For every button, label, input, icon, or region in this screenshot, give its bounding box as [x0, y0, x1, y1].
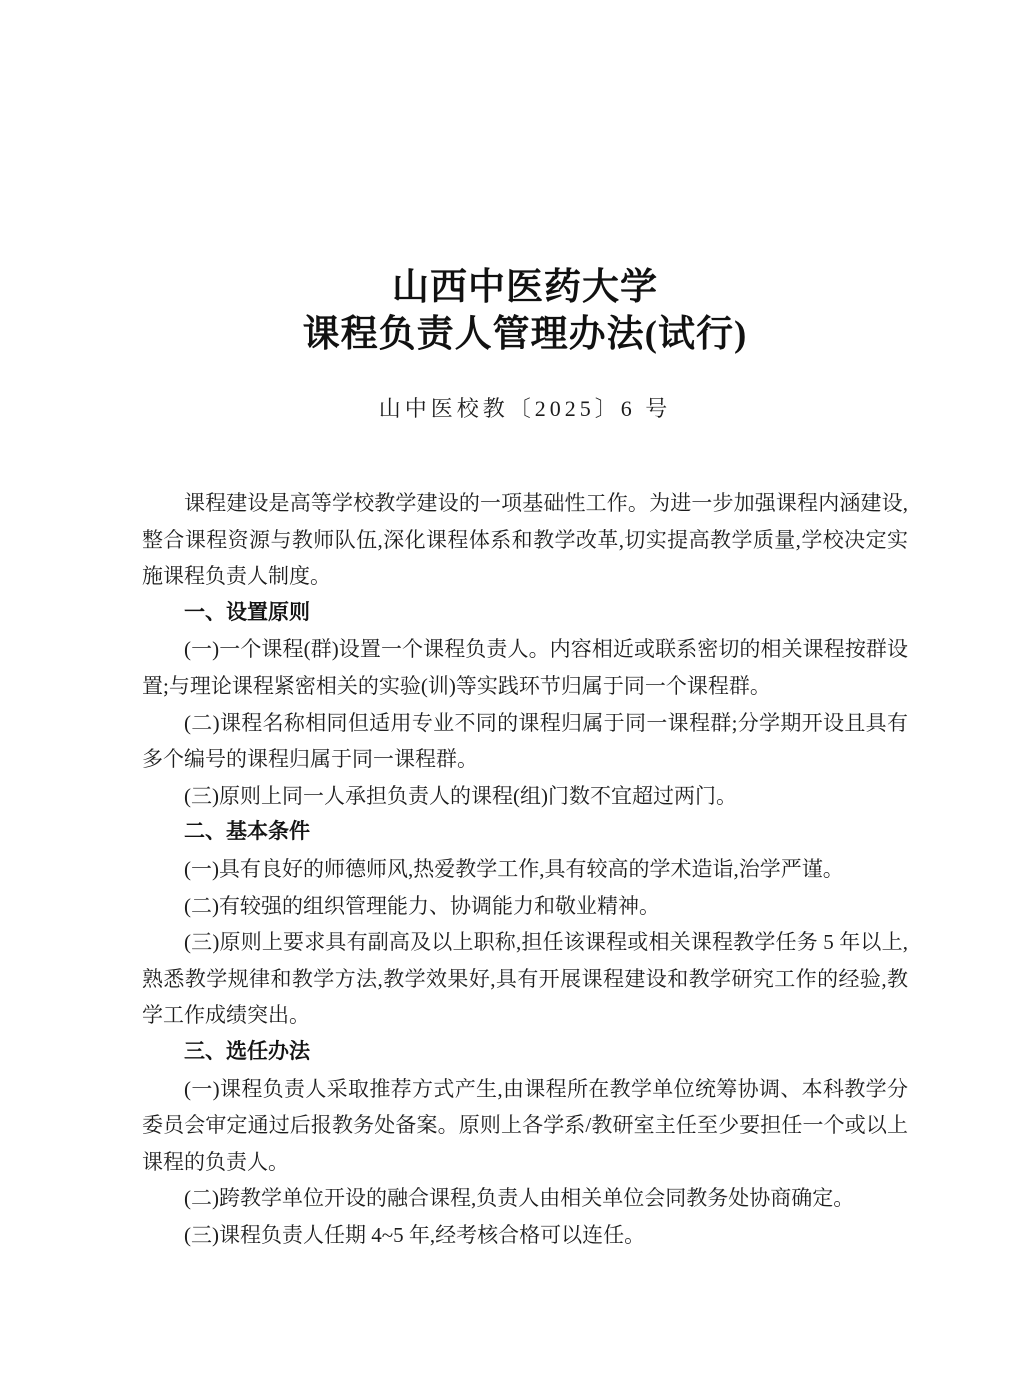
- paragraph: (二)课程名称相同但适用专业不同的课程归属于同一课程群;分学期开设且具有多个编号…: [142, 705, 908, 778]
- section-heading: 三、选任办法: [142, 1034, 908, 1071]
- document-number: 山中医校教〔2025〕6 号: [142, 392, 908, 423]
- document-title: 山西中医药大学 课程负责人管理办法(试行): [142, 264, 908, 358]
- paragraph: 课程建设是高等学校教学建设的一项基础性工作。为进一步加强课程内涵建设,整合课程资…: [142, 485, 908, 595]
- document-body: 课程建设是高等学校教学建设的一项基础性工作。为进一步加强课程内涵建设,整合课程资…: [142, 485, 908, 1253]
- paragraph: (二)跨教学单位开设的融合课程,负责人由相关单位会同教务处协商确定。: [142, 1180, 908, 1217]
- paragraph: (三)课程负责人任期 4~5 年,经考核合格可以连任。: [142, 1217, 908, 1254]
- paragraph: (一)课程负责人采取推荐方式产生,由课程所在教学单位统筹协调、本科教学分委员会审…: [142, 1071, 908, 1181]
- paragraph: (三)原则上要求具有副高及以上职称,担任该课程或相关课程教学任务 5 年以上,熟…: [142, 924, 908, 1034]
- section-heading: 二、基本条件: [142, 814, 908, 851]
- document-title-line1: 山西中医药大学: [142, 264, 908, 311]
- document-title-line2: 课程负责人管理办法(试行): [142, 311, 908, 358]
- document-page: 山西中医药大学 课程负责人管理办法(试行) 山中医校教〔2025〕6 号 课程建…: [0, 0, 1024, 1379]
- paragraph: (一)一个课程(群)设置一个课程负责人。内容相近或联系密切的相关课程按群设置;与…: [142, 631, 908, 704]
- paragraph: (二)有较强的组织管理能力、协调能力和敬业精神。: [142, 888, 908, 925]
- paragraph: (三)原则上同一人承担负责人的课程(组)门数不宜超过两门。: [142, 778, 908, 815]
- section-heading: 一、设置原则: [142, 595, 908, 632]
- paragraph: (一)具有良好的师德师风,热爱教学工作,具有较高的学术造诣,治学严谨。: [142, 851, 908, 888]
